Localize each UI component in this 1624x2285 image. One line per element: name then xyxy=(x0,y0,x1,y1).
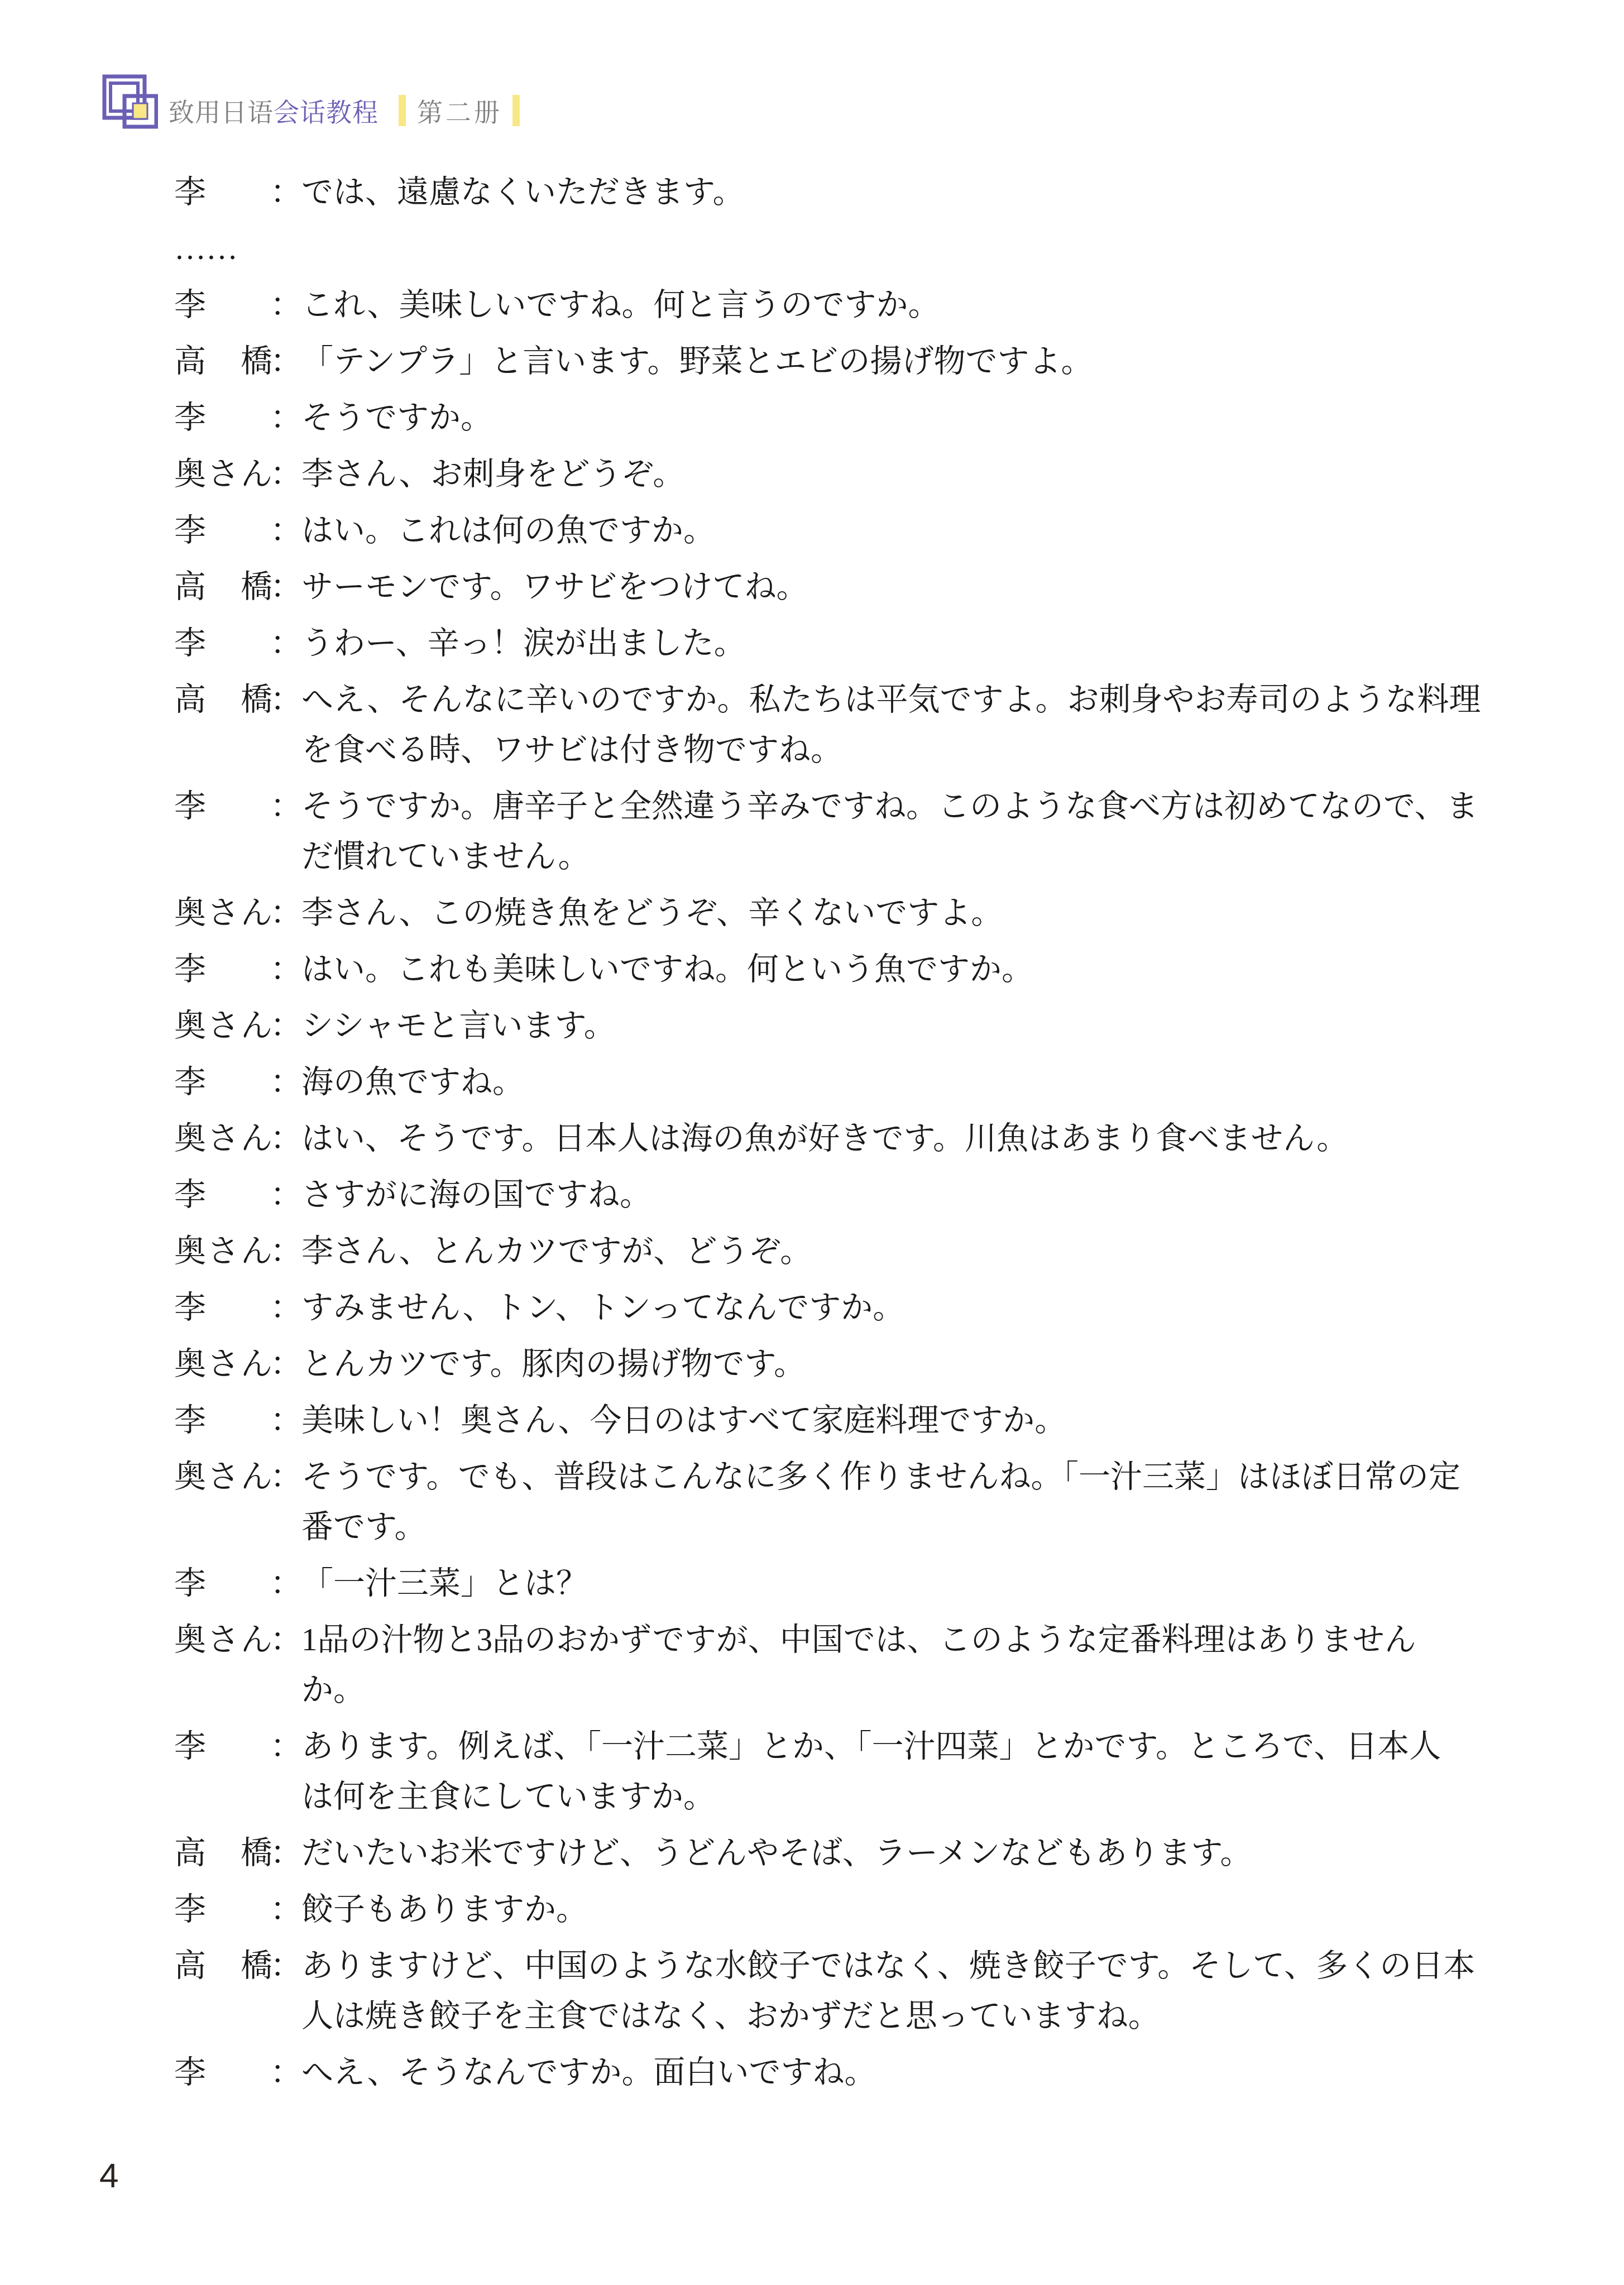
text-line: 李さん、この焼き魚をどうぞ、辛くないですよ。 xyxy=(301,888,1490,938)
speaker-label: 李 xyxy=(174,280,272,330)
speaker-label: 李 xyxy=(174,1283,272,1333)
text-line: 餃子もありますか。 xyxy=(301,1885,1490,1935)
speaker-label: 李 xyxy=(174,1722,272,1772)
speaker-label: 高橋 xyxy=(174,1941,272,1991)
text-line: だいたいお米ですけど、うどんやそば、ラーメンなどもあります。 xyxy=(301,1828,1490,1879)
speaker-label: 奥さん xyxy=(174,1114,272,1164)
speaker-colon: ： xyxy=(270,1170,302,1220)
speaker-char: ん xyxy=(241,1339,272,1390)
text-line: シシャモと言います。 xyxy=(301,1001,1490,1051)
speaker-char: 奥 xyxy=(174,1339,206,1390)
speech-text: 李さん、この焼き魚をどうぞ、辛くないですよ。 xyxy=(301,888,1490,938)
dialogue-line: 高橋 ： ありますけど、中国のような水餃子ではなく、焼き餃子です。そして、多くの… xyxy=(301,1941,1490,2042)
speaker-char: 李 xyxy=(174,945,206,995)
speech-text: 李さん、お刺身をどうぞ。 xyxy=(301,449,1490,500)
speaker-label: 奥さん xyxy=(174,1452,272,1502)
speaker-char: さ xyxy=(208,1114,239,1164)
dialogue-line: 李 ： あります。例えば、「一汁二菜」とか、「一汁四菜」とかです。ところで、日本… xyxy=(301,1722,1490,1822)
speech-text: すみません、トン、トンってなんですか。 xyxy=(301,1283,1490,1333)
series-title-secondary: 会话教程 xyxy=(274,98,379,127)
speech-text: 李さん、とんカツですが、どうぞ。 xyxy=(301,1227,1490,1277)
speaker-colon: ： xyxy=(270,1114,302,1164)
speech-text: だいたいお米ですけど、うどんやそば、ラーメンなどもあります。 xyxy=(301,1828,1490,1879)
speaker-char: さ xyxy=(208,1001,239,1051)
speaker-colon: ： xyxy=(270,1722,302,1772)
speaker-colon: ： xyxy=(270,1396,302,1446)
text-line: を食べる時、ワサビは付き物ですね。 xyxy=(301,725,1490,775)
speaker-char: 高 xyxy=(174,675,206,725)
speech-text: そうですか。 xyxy=(301,393,1490,443)
speaker-colon: ： xyxy=(270,1339,302,1390)
text-line: …… xyxy=(174,224,1490,274)
dialogue-line: 高橋 ： へえ、そんなに辛いのですか。私たちは平気ですよ。お刺身やお寿司のような… xyxy=(301,675,1490,775)
text-line: はい。これは何の魚ですか。 xyxy=(301,506,1490,556)
text-line: そうですか。唐辛子と全然違う辛みですね。このような食べ方は初めてなので、ま xyxy=(301,782,1490,832)
book-series-logo-icon xyxy=(102,74,158,130)
separator-bar-icon xyxy=(399,95,406,126)
text-line: あります。例えば、「一汁二菜」とか、「一汁四菜」とかです。ところで、日本人 xyxy=(301,1722,1490,1772)
speaker-char: 橋 xyxy=(241,1941,272,1991)
speaker-char: 李 xyxy=(174,280,206,330)
speaker-colon: ： xyxy=(270,1941,302,1991)
text-line: はい、そうです。日本人は海の魚が好きです。川魚はあまり食べません。 xyxy=(301,1114,1490,1164)
text-line: か。 xyxy=(301,1665,1490,1716)
speaker-char: ん xyxy=(241,449,272,500)
speech-text: さすがに海の国ですね。 xyxy=(301,1170,1490,1220)
speaker-colon: ： xyxy=(270,888,302,938)
speech-text: では、遠慮なくいただきます。 xyxy=(301,167,1490,218)
speaker-colon: ： xyxy=(270,2048,302,2098)
speaker-label: 奥さん xyxy=(174,1227,272,1277)
speaker-char: 奥 xyxy=(174,1452,206,1502)
dialogue-line: …… xyxy=(174,224,1490,274)
speaker-char: 李 xyxy=(174,506,206,556)
speaker-label: 李 xyxy=(174,393,272,443)
speech-text: そうですか。唐辛子と全然違う辛みですね。このような食べ方は初めてなので、まだ慣れ… xyxy=(301,782,1490,882)
speaker-colon: ： xyxy=(270,1227,302,1277)
speaker-char: 奥 xyxy=(174,1227,206,1277)
speech-text: これ、美味しいですね。何と言うのですか。 xyxy=(301,280,1490,330)
speaker-char: 李 xyxy=(174,619,206,669)
speaker-label: 高橋 xyxy=(174,675,272,725)
speaker-char: 橋 xyxy=(241,1828,272,1879)
dialogue-line: 奥さん ： 1品の汁物と3品のおかずですが、中国では、このような定番料理はありま… xyxy=(301,1615,1490,1716)
dialogue-line: 李 ： 餃子もありますか。 xyxy=(301,1885,1490,1935)
text-line: へえ、そうなんですか。面白いですね。 xyxy=(301,2048,1490,2098)
speaker-label: 李 xyxy=(174,1170,272,1220)
dialogue-line: 李 ： では、遠慮なくいただきます。 xyxy=(301,167,1490,218)
speaker-char: さ xyxy=(208,1227,239,1277)
dialogue-line: 高橋 ： だいたいお米ですけど、うどんやそば、ラーメンなどもあります。 xyxy=(301,1828,1490,1879)
dialogue-line: 李 ： そうですか。 xyxy=(301,393,1490,443)
text-line: そうですか。 xyxy=(301,393,1490,443)
text-line: 美味しい！奥さん、今日のはすべて家庭料理ですか。 xyxy=(301,1396,1490,1446)
speaker-char: ん xyxy=(241,888,272,938)
speaker-char: 奥 xyxy=(174,1615,206,1665)
speaker-label: 李 xyxy=(174,2048,272,2098)
speech-text: あります。例えば、「一汁二菜」とか、「一汁四菜」とかです。ところで、日本人は何を… xyxy=(301,1722,1490,1822)
speaker-char: 李 xyxy=(174,1396,206,1446)
speaker-char: さ xyxy=(208,1452,239,1502)
speech-text: へえ、そうなんですか。面白いですね。 xyxy=(301,2048,1490,2098)
speaker-char: 李 xyxy=(174,1283,206,1333)
speaker-char: 橋 xyxy=(241,337,272,387)
text-line: はい。これも美味しいですね。何という魚ですか。 xyxy=(301,945,1490,995)
text-line: すみません、トン、トンってなんですか。 xyxy=(301,1283,1490,1333)
speaker-label: 奥さん xyxy=(174,1615,272,1665)
speaker-colon: ： xyxy=(270,1615,302,1665)
speaker-colon: ： xyxy=(270,1452,302,1502)
speaker-colon: ： xyxy=(270,337,302,387)
speaker-label: 奥さん xyxy=(174,449,272,500)
speaker-char: 高 xyxy=(174,1828,206,1879)
speaker-char: 奥 xyxy=(174,1001,206,1051)
speaker-char: ん xyxy=(241,1114,272,1164)
text-line: ありますけど、中国のような水餃子ではなく、焼き餃子です。そして、多くの日本 xyxy=(301,1941,1490,1991)
speaker-char: 李 xyxy=(174,782,206,832)
text-line: は何を主食にしていますか。 xyxy=(301,1772,1490,1822)
speech-text: 海の魚ですね。 xyxy=(301,1057,1490,1108)
speaker-label: 李 xyxy=(174,782,272,832)
speaker-char: 李 xyxy=(174,167,206,218)
dialogue-line: 李 ： そうですか。唐辛子と全然違う辛みですね。このような食べ方は初めてなので、… xyxy=(301,782,1490,882)
speaker-char: 高 xyxy=(174,1941,206,1991)
speech-text: …… xyxy=(174,224,1490,274)
text-line: 1品の汁物と3品のおかずですが、中国では、このような定番料理はありません xyxy=(301,1615,1490,1665)
dialogue-line: 奥さん ： とんカツです。豚肉の揚げ物です。 xyxy=(301,1339,1490,1390)
speaker-label: 李 xyxy=(174,167,272,218)
speaker-label: 李 xyxy=(174,1559,272,1609)
text-line: これ、美味しいですね。何と言うのですか。 xyxy=(301,280,1490,330)
speaker-char: 高 xyxy=(174,562,206,612)
speech-text: はい。これも美味しいですね。何という魚ですか。 xyxy=(301,945,1490,995)
speaker-char: 李 xyxy=(174,1057,206,1108)
text-line: へえ、そんなに辛いのですか。私たちは平気ですよ。お刺身やお寿司のような料理 xyxy=(301,675,1490,725)
text-line: とんカツです。豚肉の揚げ物です。 xyxy=(301,1339,1490,1390)
text-line: そうです。でも、普段はこんなに多く作りませんね。「一汁三菜」はほぼ日常の定 xyxy=(301,1452,1490,1502)
speaker-colon: ： xyxy=(270,449,302,500)
speaker-char: さ xyxy=(208,449,239,500)
speaker-colon: ： xyxy=(270,1283,302,1333)
speech-text: とんカツです。豚肉の揚げ物です。 xyxy=(301,1339,1490,1390)
speaker-label: 李 xyxy=(174,945,272,995)
speaker-label: 李 xyxy=(174,1885,272,1935)
speaker-colon: ： xyxy=(270,562,302,612)
speaker-colon: ： xyxy=(270,1001,302,1051)
text-line: 李さん、とんカツですが、どうぞ。 xyxy=(301,1227,1490,1277)
dialogue-line: 李 ： 「一汁三菜」とは？ xyxy=(301,1559,1490,1609)
speech-text: はい。これは何の魚ですか。 xyxy=(301,506,1490,556)
speaker-colon: ： xyxy=(270,1559,302,1609)
text-line: だ慣れていません。 xyxy=(301,832,1490,882)
speech-text: サーモンです。ワサビをつけてね。 xyxy=(301,562,1490,612)
speaker-label: 李 xyxy=(174,1396,272,1446)
text-line: 海の魚ですね。 xyxy=(301,1057,1490,1108)
speaker-colon: ： xyxy=(270,619,302,669)
header-title-row: 致用日语会话教程 第二册 xyxy=(169,94,520,127)
speech-text: 美味しい！奥さん、今日のはすべて家庭料理ですか。 xyxy=(301,1396,1490,1446)
dialogue-line: 高橋 ： 「テンプラ」と言います。野菜とエビの揚げ物ですよ。 xyxy=(301,337,1490,387)
text-line: さすがに海の国ですね。 xyxy=(301,1170,1490,1220)
speech-text: 「テンプラ」と言います。野菜とエビの揚げ物ですよ。 xyxy=(301,337,1490,387)
textbook-page: { "header": { "series_title_primary": "致… xyxy=(0,0,1624,2285)
dialogue-line: 奥さん ： 李さん、とんカツですが、どうぞ。 xyxy=(301,1227,1490,1277)
speaker-colon: ： xyxy=(270,167,302,218)
speaker-colon: ： xyxy=(270,945,302,995)
speaker-label: 李 xyxy=(174,619,272,669)
speaker-char: ん xyxy=(241,1001,272,1051)
series-title-primary: 致用日语 xyxy=(169,98,274,127)
speaker-char: 奥 xyxy=(174,449,206,500)
dialogue-line: 李 ： すみません、トン、トンってなんですか。 xyxy=(301,1283,1490,1333)
text-line: 「テンプラ」と言います。野菜とエビの揚げ物ですよ。 xyxy=(301,337,1490,387)
speech-text: 1品の汁物と3品のおかずですが、中国では、このような定番料理はありませんか。 xyxy=(301,1615,1490,1716)
speaker-char: さ xyxy=(208,1615,239,1665)
speech-text: へえ、そんなに辛いのですか。私たちは平気ですよ。お刺身やお寿司のような料理を食べ… xyxy=(301,675,1490,775)
speaker-char: ん xyxy=(241,1452,272,1502)
speaker-char: 橋 xyxy=(241,675,272,725)
text-line: サーモンです。ワサビをつけてね。 xyxy=(301,562,1490,612)
text-line: 「一汁三菜」とは？ xyxy=(301,1559,1490,1609)
speaker-label: 奥さん xyxy=(174,1339,272,1390)
dialogue-line: 李 ： うわー、辛っ！涙が出ました。 xyxy=(301,619,1490,669)
speaker-char: ん xyxy=(241,1227,272,1277)
speaker-char: 李 xyxy=(174,1722,206,1772)
speaker-colon: ： xyxy=(270,393,302,443)
dialogue-line: 李 ： へえ、そうなんですか。面白いですね。 xyxy=(301,2048,1490,2098)
dialogue-line: 李 ： これ、美味しいですね。何と言うのですか。 xyxy=(301,280,1490,330)
volume-label: 第二册 xyxy=(417,92,502,129)
speaker-colon: ： xyxy=(270,782,302,832)
speaker-char: 高 xyxy=(174,337,206,387)
dialogue-line: 奥さん ： 李さん、お刺身をどうぞ。 xyxy=(301,449,1490,500)
text-line: では、遠慮なくいただきます。 xyxy=(301,167,1490,218)
speaker-label: 高橋 xyxy=(174,1828,272,1879)
speaker-colon: ： xyxy=(270,1828,302,1879)
dialogue-line: 奥さん ： そうです。でも、普段はこんなに多く作りませんね。「一汁三菜」はほぼ日… xyxy=(301,1452,1490,1553)
speaker-char: 奥 xyxy=(174,1114,206,1164)
speaker-char: 奥 xyxy=(174,888,206,938)
speaker-label: 奥さん xyxy=(174,1001,272,1051)
page-header: 致用日语会话教程 第二册 xyxy=(0,0,1624,167)
dialogue-line: 李 ： さすがに海の国ですね。 xyxy=(301,1170,1490,1220)
speaker-colon: ： xyxy=(270,1885,302,1935)
speech-text: 「一汁三菜」とは？ xyxy=(301,1559,1490,1609)
page-number: 4 xyxy=(99,2156,118,2196)
speaker-colon: ： xyxy=(270,675,302,725)
speaker-label: 李 xyxy=(174,506,272,556)
speaker-label: 李 xyxy=(174,1057,272,1108)
dialogue-line: 高橋 ： サーモンです。ワサビをつけてね。 xyxy=(301,562,1490,612)
speaker-label: 奥さん xyxy=(174,888,272,938)
speech-text: そうです。でも、普段はこんなに多く作りませんね。「一汁三菜」はほぼ日常の定番です… xyxy=(301,1452,1490,1553)
text-line: 人は焼き餃子を主食ではなく、おかずだと思っていますね。 xyxy=(301,1991,1490,2042)
dialogue-line: 李 ： はい。これも美味しいですね。何という魚ですか。 xyxy=(301,945,1490,995)
speech-text: 餃子もありますか。 xyxy=(301,1885,1490,1935)
speech-text: はい、そうです。日本人は海の魚が好きです。川魚はあまり食べません。 xyxy=(301,1114,1490,1164)
speaker-char: 李 xyxy=(174,1559,206,1609)
dialogue-line: 奥さん ： シシャモと言います。 xyxy=(301,1001,1490,1051)
speaker-char: 李 xyxy=(174,1885,206,1935)
speaker-char: さ xyxy=(208,1339,239,1390)
speaker-colon: ： xyxy=(270,280,302,330)
speech-text: ありますけど、中国のような水餃子ではなく、焼き餃子です。そして、多くの日本人は焼… xyxy=(301,1941,1490,2042)
speaker-char: 李 xyxy=(174,2048,206,2098)
dialogue-area: 李 ： では、遠慮なくいただきます。 …… 李 ： これ、美味しいですね。何と言… xyxy=(0,167,1624,2104)
speaker-colon: ： xyxy=(270,1057,302,1108)
text-line: うわー、辛っ！涙が出ました。 xyxy=(301,619,1490,669)
speaker-char: 李 xyxy=(174,393,206,443)
separator-bar-icon xyxy=(512,95,520,126)
speaker-char: ん xyxy=(241,1615,272,1665)
series-title: 致用日语会话教程 xyxy=(169,92,379,129)
speech-text: シシャモと言います。 xyxy=(301,1001,1490,1051)
speaker-char: 李 xyxy=(174,1170,206,1220)
speaker-colon: ： xyxy=(270,506,302,556)
dialogue-line: 李 ： 海の魚ですね。 xyxy=(301,1057,1490,1108)
speaker-label: 高橋 xyxy=(174,337,272,387)
dialogue-line: 李 ： 美味しい！奥さん、今日のはすべて家庭料理ですか。 xyxy=(301,1396,1490,1446)
text-line: 李さん、お刺身をどうぞ。 xyxy=(301,449,1490,500)
dialogue-line: 奥さん ： 李さん、この焼き魚をどうぞ、辛くないですよ。 xyxy=(301,888,1490,938)
dialogue-line: 奥さん ： はい、そうです。日本人は海の魚が好きです。川魚はあまり食べません。 xyxy=(301,1114,1490,1164)
speaker-label: 高橋 xyxy=(174,562,272,612)
speaker-char: さ xyxy=(208,888,239,938)
speech-text: うわー、辛っ！涙が出ました。 xyxy=(301,619,1490,669)
dialogue-line: 李 ： はい。これは何の魚ですか。 xyxy=(301,506,1490,556)
speaker-char: 橋 xyxy=(241,562,272,612)
text-line: 番です。 xyxy=(301,1502,1490,1553)
